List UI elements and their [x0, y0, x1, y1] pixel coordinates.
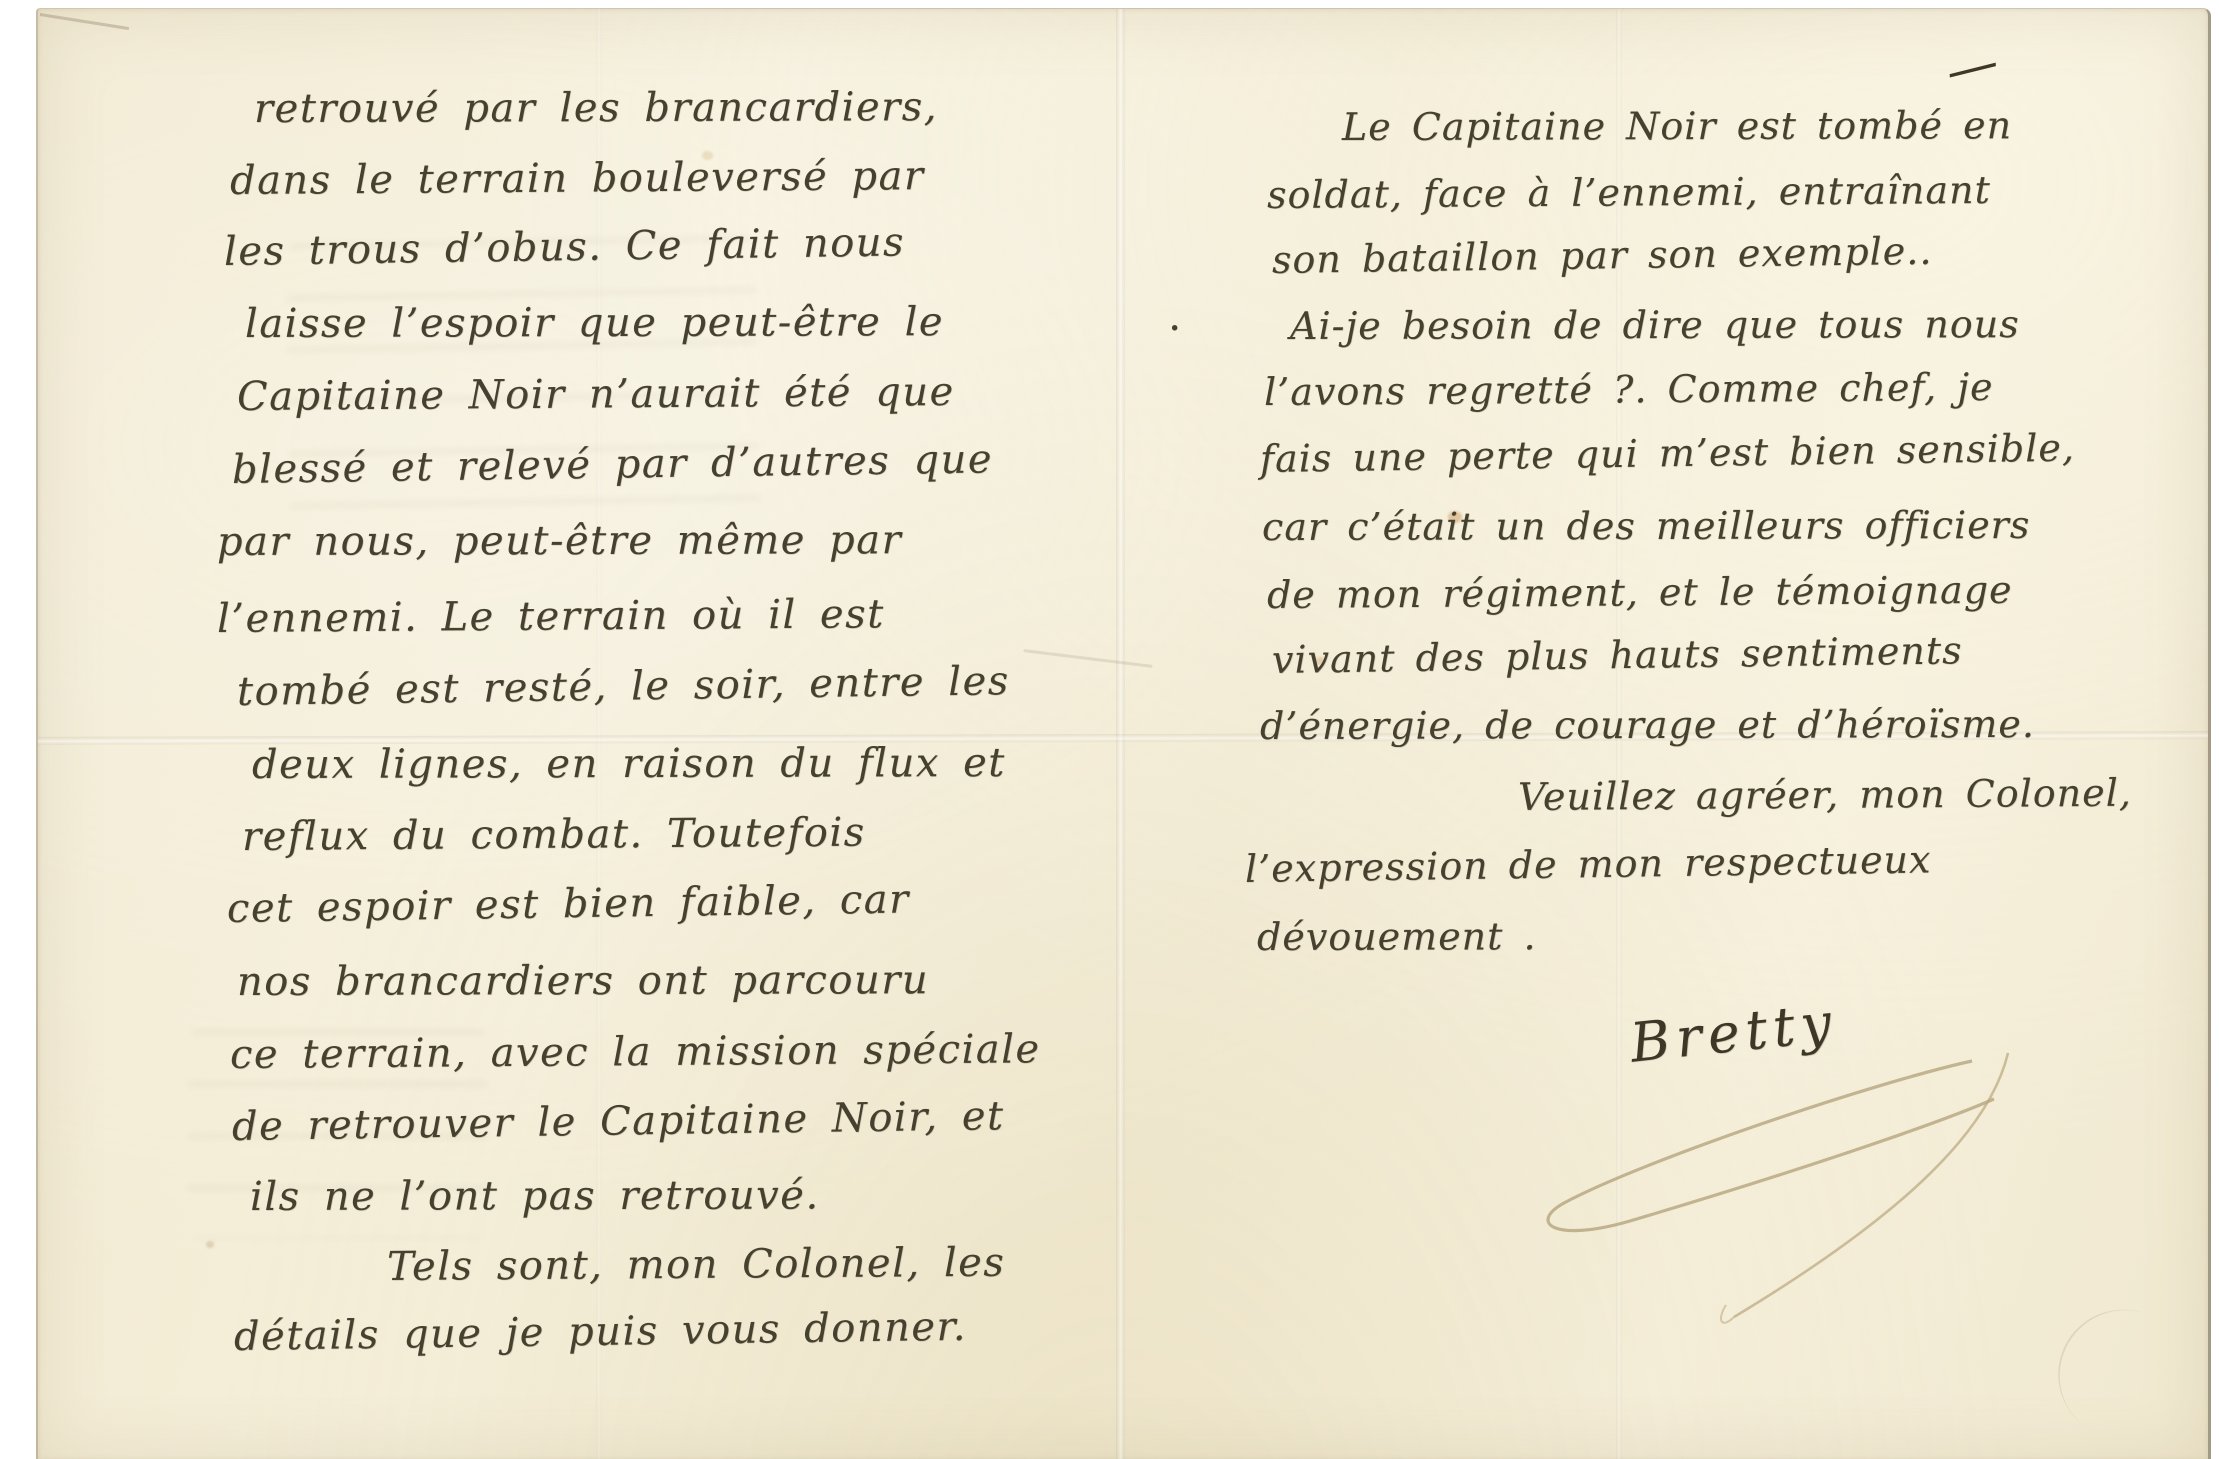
- handwritten-line: deux lignes, en raison du flux et: [252, 740, 1006, 788]
- handwritten-line: les trous d’obus. Ce fait nous: [224, 219, 906, 275]
- handwritten-line: ils ne l’ont pas retrouvé.: [250, 1173, 820, 1220]
- handwritten-line: l’avons regretté ?. Comme chef, je: [1264, 365, 1994, 414]
- handwritten-line: dévouement .: [1257, 914, 1537, 959]
- handwritten-line: de retrouver le Capitaine Noir, et: [232, 1093, 1005, 1150]
- handwritten-line: car c’était un des meilleurs officiers: [1262, 503, 2030, 549]
- handwritten-line: tombé est resté, le soir, entre les: [237, 658, 1010, 715]
- letter-scan: retrouvé par les brancardiers, dans le t…: [0, 0, 2219, 1459]
- handwritten-line: vivant des plus hauts sentiments: [1272, 628, 1963, 682]
- handwritten-line: son bataillon par son exemple..: [1272, 229, 1933, 282]
- handwritten-line: laisse l’espoir que peut-être le: [245, 299, 944, 347]
- handwritten-line: de mon régiment, et le témoignage: [1267, 568, 2013, 617]
- handwritten-line: ce terrain, avec la mission spéciale: [230, 1026, 1041, 1078]
- handwritten-line: par nous, peut-être même par: [217, 517, 902, 565]
- ink-dash-mark: —: [1940, 32, 2005, 103]
- handwritten-line: reflux du combat. Toutefois: [242, 810, 866, 860]
- corner-fold-line: [40, 13, 129, 30]
- stray-ink-dot: .: [1168, 291, 1181, 340]
- handwritten-line: cet espoir est bien faible, car: [227, 876, 910, 932]
- handwritten-line: retrouvé par les brancardiers,: [254, 84, 938, 132]
- handwritten-line: soldat, face à l’ennemi, entraînant: [1267, 168, 1991, 217]
- handwritten-line: Tels sont, mon Colonel, les: [387, 1240, 1006, 1290]
- handwritten-line: blessé et relevé par d’autres que: [232, 436, 994, 493]
- handwritten-line: nos brancardiers ont parcouru: [237, 957, 929, 1005]
- handwritten-line: l’ennemi. Le terrain où il est: [217, 591, 885, 642]
- handwritten-line: d’énergie, de courage et d’héroïsme.: [1260, 702, 2035, 748]
- handwritten-line: Veuillez agréer, mon Colonel,: [1518, 771, 2132, 819]
- paper-wrinkle: [1023, 649, 1152, 668]
- handwritten-line: Ai-je besoin de dire que tous nous: [1290, 302, 2020, 348]
- handwritten-line: l’expression de mon respectueux: [1245, 837, 1932, 891]
- handwritten-line: dans le terrain bouleversé par: [230, 153, 925, 204]
- handwritten-line: détails que je puis vous donner.: [234, 1304, 968, 1360]
- handwritten-line: fais une perte qui m’est bien sensible,: [1260, 426, 2075, 481]
- letter-sheet: retrouvé par les brancardiers, dans le t…: [36, 8, 2211, 1459]
- handwritten-line: Capitaine Noir n’aurait été que: [237, 369, 955, 420]
- handwritten-line: Le Capitaine Noir est tombé en: [1342, 103, 2012, 149]
- stain-spot: [206, 1241, 214, 1248]
